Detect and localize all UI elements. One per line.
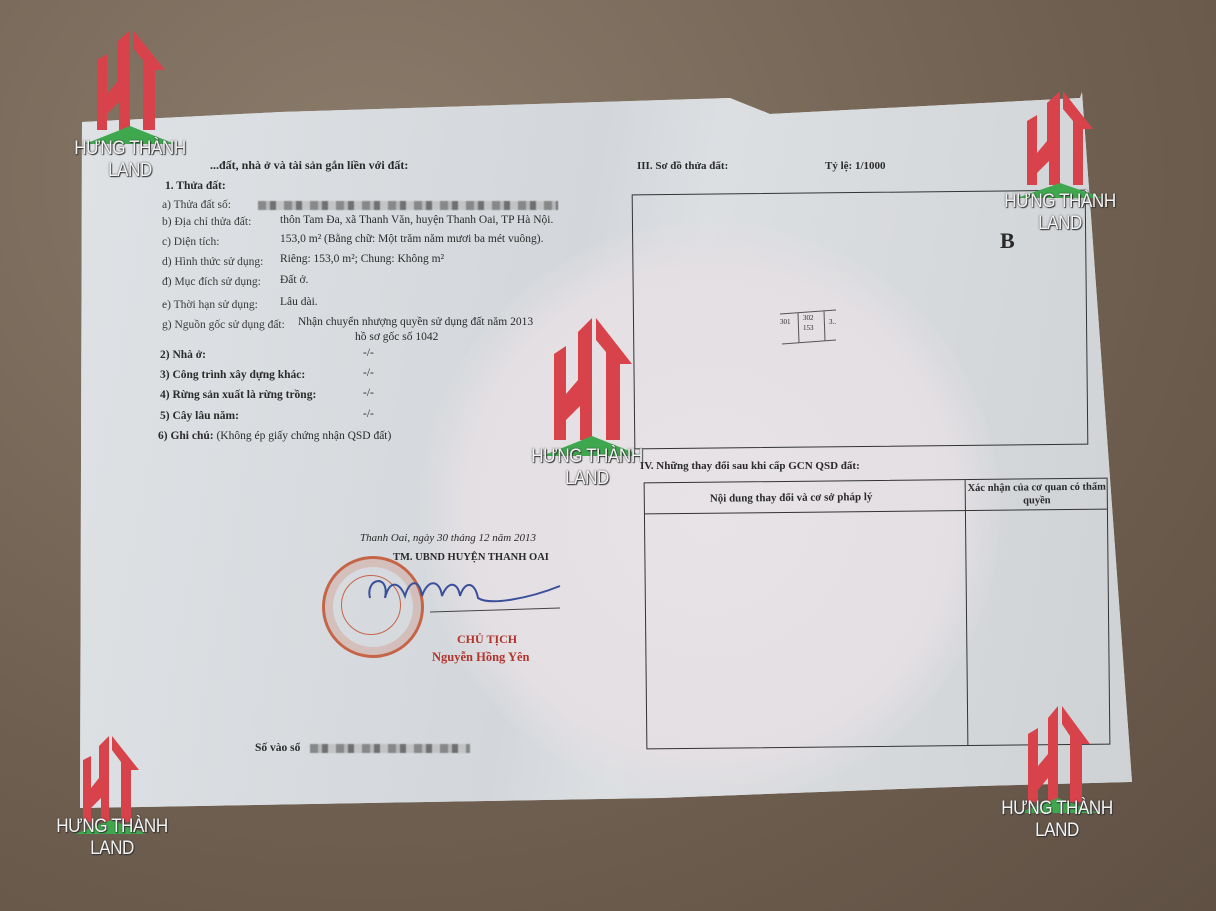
section-title: ...đất, nhà ở và tài sản gắn liền với đấ… bbox=[210, 158, 408, 173]
item-label: 2) Nhà ở: bbox=[160, 349, 206, 361]
field-origin: Nhận chuyển nhượng quyền sử dụng đất năm… bbox=[298, 316, 533, 328]
item-value: -/- bbox=[363, 367, 374, 379]
signer-title: CHỦ TỊCH bbox=[457, 632, 517, 647]
redacted-parcel-number bbox=[258, 201, 558, 210]
field-label: đ) Mục đích sử dụng: bbox=[162, 276, 261, 288]
field-label: c) Diện tích: bbox=[162, 236, 219, 248]
field-term: Lâu dài. bbox=[280, 296, 318, 308]
item-label: 4) Rừng sản xuất là rừng trồng: bbox=[160, 389, 316, 401]
item-value: -/- bbox=[363, 347, 374, 359]
watermark-logo: HƯNG THÀNH LAND bbox=[512, 310, 662, 490]
plot-label-center-bottom: 153 bbox=[803, 324, 814, 332]
map-scale: Tỷ lệ: 1/1000 bbox=[825, 160, 886, 172]
item-label: 5) Cây lâu năm: bbox=[160, 410, 239, 422]
field-label: g) Nguồn gốc sử dụng đất: bbox=[162, 319, 285, 331]
watermark-text: HƯNG THÀNH LAND bbox=[990, 798, 1125, 842]
register-label: Số vào sổ bbox=[255, 742, 300, 754]
item-value: (Không ép giấy chứng nhận QSD đất) bbox=[216, 430, 391, 442]
item-value: -/- bbox=[363, 408, 374, 420]
item-value: -/- bbox=[363, 387, 374, 399]
plot-label-right: 3.. bbox=[829, 318, 836, 326]
note-row: 6) Ghi chú: (Không ép giấy chứng nhận QS… bbox=[158, 430, 391, 442]
logo-icon bbox=[985, 85, 1135, 200]
authority: TM. UBND HUYỆN THANH OAI bbox=[393, 552, 549, 563]
watermark-logo: HƯNG THÀNH LAND bbox=[55, 22, 205, 182]
table-header: Xác nhận của cơ quan có thẩm quyền bbox=[967, 481, 1107, 508]
place-date: Thanh Oai, ngày 30 tháng 12 năm 2013 bbox=[360, 532, 536, 544]
watermark-logo: HƯNG THÀNH LAND bbox=[985, 85, 1135, 235]
logo-icon bbox=[512, 310, 662, 460]
field-label: b) Địa chỉ thửa đất: bbox=[162, 216, 251, 228]
signer-name: Nguyễn Hồng Yên bbox=[432, 650, 529, 665]
watermark-text: HƯNG THÀNH LAND bbox=[63, 138, 198, 182]
table-header: Nội dung thay đổi và cơ sở pháp lý bbox=[710, 491, 873, 505]
item-label: 6) Ghi chú: bbox=[158, 430, 214, 442]
watermark-text: HƯNG THÀNH LAND bbox=[45, 816, 180, 860]
field-label: a) Thửa đất số: bbox=[162, 199, 231, 211]
changes-title: IV. Những thay đổi sau khi cấp GCN QSD đ… bbox=[640, 460, 860, 472]
field-usage-form: Riêng: 153,0 m²; Chung: Không m² bbox=[280, 253, 444, 265]
field-area: 153,0 m² (Bằng chữ: Một trăm năm mươi ba… bbox=[280, 233, 543, 245]
signature bbox=[360, 568, 570, 618]
field-label: d) Hình thức sử dụng: bbox=[162, 256, 263, 268]
map-title: III. Sơ đồ thửa đất: bbox=[637, 160, 728, 172]
field-purpose: Đất ở. bbox=[280, 274, 308, 286]
field-address: thôn Tam Đa, xã Thanh Văn, huyện Thanh O… bbox=[280, 214, 553, 226]
logo-icon bbox=[55, 22, 205, 152]
watermark-text: HƯNG THÀNH LAND bbox=[993, 191, 1128, 235]
watermark-logo: HƯNG THÀNH LAND bbox=[982, 700, 1132, 842]
plot-label-left: 301 bbox=[780, 318, 791, 326]
plot-label-center-top: 302 bbox=[803, 314, 814, 322]
redacted-register-number bbox=[310, 744, 470, 753]
field-label: e) Thời hạn sử dụng: bbox=[162, 299, 258, 311]
watermark-logo: HƯNG THÀNH LAND bbox=[37, 730, 187, 860]
field-origin-file: hồ sơ gốc số 1042 bbox=[355, 331, 438, 343]
watermark-text: HƯNG THÀNH LAND bbox=[520, 446, 655, 490]
item-label: 3) Công trình xây dựng khác: bbox=[160, 369, 305, 381]
